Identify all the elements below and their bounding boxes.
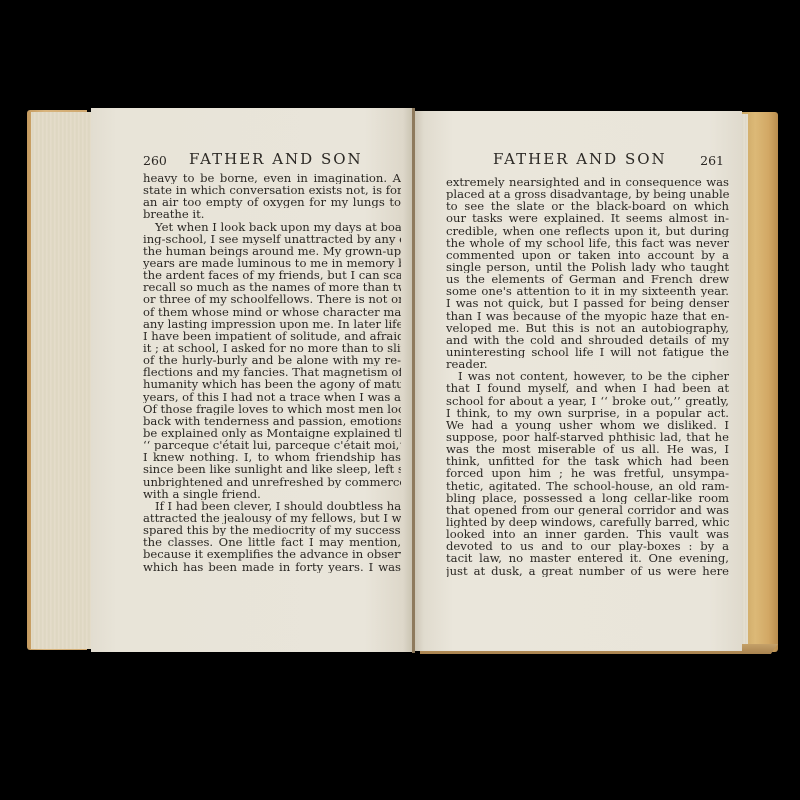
- text-line: breathe it.: [143, 208, 401, 220]
- text-line: lighted by deep windows, carefully barre…: [446, 516, 729, 528]
- text-line: commented upon or taken into account by …: [446, 249, 729, 261]
- text-line: and with the cold and shrouded details o…: [446, 334, 729, 346]
- text-line: of them whose mind or whose character ma…: [143, 306, 401, 318]
- text-line: suppose, poor half-starved phthisic lad,…: [446, 431, 729, 443]
- text-line: or three of my schoolfellows. There is n…: [143, 293, 401, 305]
- text-line: I have been impatient of solitude, and a…: [143, 330, 401, 342]
- text-line: I was not content, however, to be the ci…: [446, 370, 729, 382]
- text-line: placed at a gross disadvantage, by being…: [446, 188, 729, 200]
- text-line: some one's attention to it in my sixteen…: [446, 285, 729, 297]
- text-line: ‘‘ parceque c'était lui, parceque c'étai…: [143, 439, 401, 451]
- text-line: ing-school, I see myself unattracted by …: [143, 233, 401, 245]
- left-running-head: 260 FATHER AND SON: [143, 150, 401, 170]
- text-line: us the elements of German and French dre…: [446, 273, 729, 285]
- text-line: than I was because of the myopic haze th…: [446, 310, 729, 322]
- text-line: credible, when one reflects upon it, but…: [446, 225, 729, 237]
- text-line: years are made luminous to me in memory …: [143, 257, 401, 269]
- text-line: devoted to us and to our play-boxes : by…: [446, 540, 729, 552]
- text-line: the whole of my school life, this fact w…: [446, 237, 729, 249]
- text-line: state in which conversation exists not, …: [143, 184, 401, 196]
- page-edges-left: [31, 112, 94, 649]
- left-page-body: heavy to be borne, even in imagination. …: [143, 172, 401, 573]
- text-line: the ardent faces of my friends, but I ca…: [143, 269, 401, 281]
- text-line: it ; at school, I asked for no more than…: [143, 342, 401, 354]
- text-line: thetic, agitated. The school-house, an o…: [446, 480, 729, 492]
- text-line: think, unfitted for the task which had b…: [446, 455, 729, 467]
- text-line: school for about a year, I ‘‘ broke out,…: [446, 395, 729, 407]
- text-line: tacit law, no master entered it. One eve…: [446, 552, 729, 564]
- text-line: bling place, possessed a long cellar-lik…: [446, 492, 729, 504]
- text-line: spared this by the mediocrity of my succ…: [143, 524, 401, 536]
- text-line: back with tenderness and passion, emotio…: [143, 415, 401, 427]
- text-line: be explained only as Montaigne explained…: [143, 427, 401, 439]
- text-line: just at dusk, a great number of us were …: [446, 565, 729, 577]
- right-page-body: extremely nearsighted and in consequence…: [446, 176, 729, 577]
- right-running-title: FATHER AND SON: [493, 150, 667, 168]
- text-line: We had a young usher whom we disliked. I: [446, 419, 729, 431]
- text-line: with a single friend.: [143, 488, 401, 500]
- text-line: I think, to my own surprise, in a popula…: [446, 407, 729, 419]
- text-line: an air too empty of oxygen for my lungs …: [143, 196, 401, 208]
- text-line: extremely nearsighted and in consequence…: [446, 176, 729, 188]
- text-line: any lasting impression upon me. In later…: [143, 318, 401, 330]
- right-page-number: 261: [700, 153, 724, 168]
- text-line: humanity which has been the agony of mat…: [143, 378, 401, 390]
- left-page-number: 260: [143, 153, 167, 168]
- text-line: of the hurly-burly and be alone with my …: [143, 354, 401, 366]
- text-line: Yet when I look back upon my days at boa…: [143, 221, 401, 233]
- text-line: recall so much as the names of more than…: [143, 281, 401, 293]
- right-running-head: FATHER AND SON 261: [445, 150, 730, 170]
- text-line: the classes. One little fact I may menti…: [143, 536, 401, 548]
- text-line: that I found myself, and when I had been…: [446, 382, 729, 394]
- left-running-title: FATHER AND SON: [189, 150, 363, 168]
- text-line: our tasks were explained. It seems almos…: [446, 212, 729, 224]
- text-line: heavy to be borne, even in imagination. …: [143, 172, 401, 184]
- text-line: reader.: [446, 358, 729, 370]
- text-line: flections and my fancies. That magnetism…: [143, 366, 401, 378]
- text-line: uninteresting school life I will not fat…: [446, 346, 729, 358]
- text-line: was the most miserable of us all. He was…: [446, 443, 729, 455]
- text-line: I was not quick, but I passed for being …: [446, 297, 729, 309]
- text-line: the human beings around me. My grown-up: [143, 245, 401, 257]
- text-line: veloped me. But this is not an autobiogr…: [446, 322, 729, 334]
- book-gutter: [412, 108, 415, 653]
- text-line: since been like sunlight and like sleep,…: [143, 463, 401, 475]
- text-line: looked into an inner garden. This vault …: [446, 528, 729, 540]
- text-line: because it exemplifies the advance in ob…: [143, 548, 401, 560]
- text-line: unbrightened and unrefreshed by commerce: [143, 476, 401, 488]
- text-line: single person, until the Polish lady who…: [446, 261, 729, 273]
- text-line: to see the slate or the black-board on w…: [446, 200, 729, 212]
- text-line: which has been made in forty years. I wa…: [143, 561, 401, 573]
- text-line: If I had been clever, I should doubtless…: [143, 500, 401, 512]
- text-line: that opened from our general corridor an…: [446, 504, 729, 516]
- text-line: I knew nothing. I, to whom friendship ha…: [143, 451, 401, 463]
- text-line: attracted the jealousy of my fellows, bu…: [143, 512, 401, 524]
- open-book: 260 FATHER AND SON FATHER AND SON 261 he…: [0, 0, 800, 800]
- text-line: forced upon him ; he was fretful, unsymp…: [446, 467, 729, 479]
- text-line: Of those fragile loves to which most men…: [143, 403, 401, 415]
- text-line: years, of this I had not a trace when I …: [143, 391, 401, 403]
